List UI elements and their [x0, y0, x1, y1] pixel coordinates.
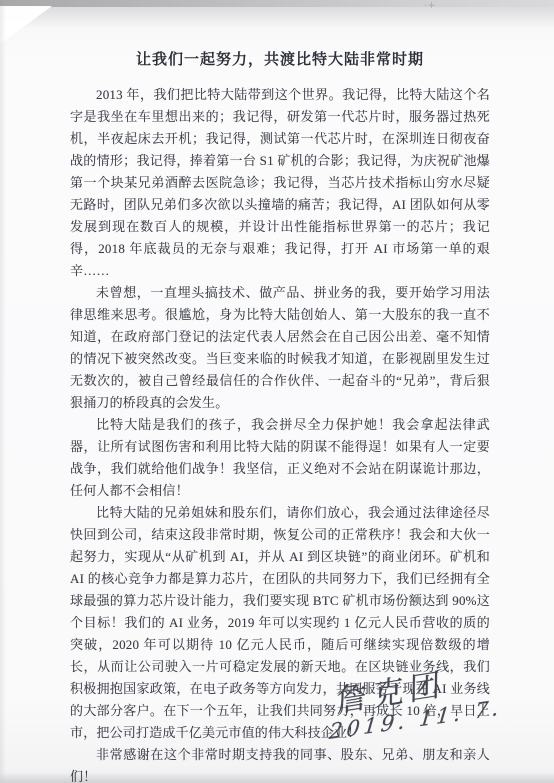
paragraph-thanks: 非常感谢在这个非常时期支持我的同事、股东、兄弟、朋友和亲人们！: [70, 744, 490, 783]
scan-left-edge: [0, 0, 6, 783]
scan-top-edge: [0, 0, 554, 7]
paragraph-betrayal: 未曾想，一直埋头搞技术、做产品、拼业务的我，要开始学习用法律思维来思考。很尴尬，…: [70, 282, 490, 414]
paper-corner-fold: [0, 0, 60, 46]
letter-title: 让我们一起努力，共渡比特大陆非常时期: [70, 48, 490, 69]
paragraph-memories: 2013 年，我们把比特大陆带到这个世界。我记得，比特大陆这个名字是我坐在车里想…: [70, 84, 490, 282]
paragraph-fight: 比特大陆是我们的孩子，我会拼尽全力保护她！我会拿起法律武器，让所有试图伤害和利用…: [70, 414, 490, 502]
scan-speck: ·+: [424, 1, 436, 11]
scan-top-shadow: [0, 7, 554, 29]
scanned-letter-page: ·+ 让我们一起努力，共渡比特大陆非常时期 2013 年，我们把比特大陆带到这个…: [0, 0, 554, 783]
